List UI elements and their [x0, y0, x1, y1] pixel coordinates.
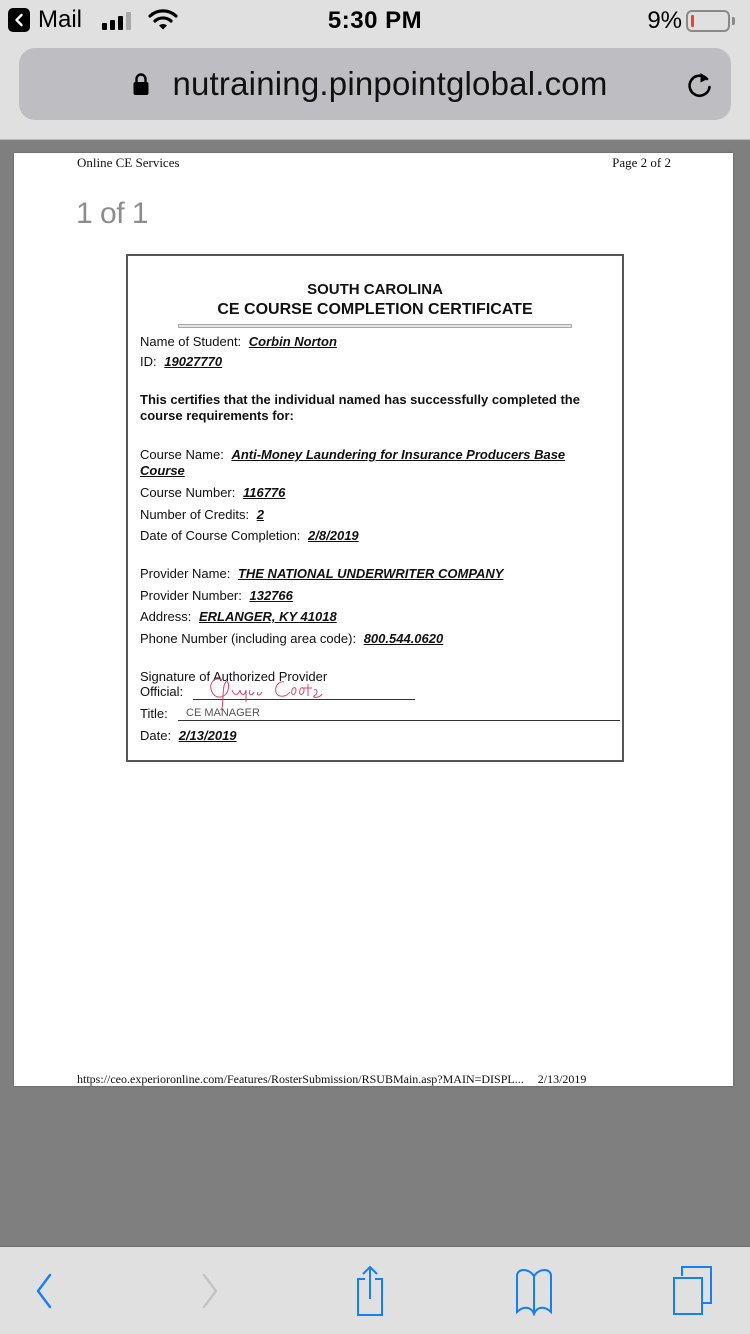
provider-number-row: Provider Number: 132766 [140, 588, 293, 604]
browser-toolbar [0, 1246, 750, 1334]
course-name-label: Course Name: [140, 447, 224, 462]
certification-statement: This certifies that the individual named… [140, 392, 620, 424]
tabs-button[interactable] [660, 1247, 726, 1334]
bookmarks-button[interactable] [502, 1247, 566, 1334]
signature-image [204, 670, 334, 710]
completion-date-row: Date of Course Completion: 2/8/2019 [140, 528, 359, 544]
address-row: Address: ERLANGER, KY 41018 [140, 609, 337, 625]
share-icon [355, 1263, 385, 1319]
pdf-page: Online CE Services Page 2 of 2 1 of 1 SO… [14, 153, 733, 1086]
credits-label: Number of Credits: [140, 507, 249, 522]
url-text: nutraining.pinpointglobal.com [172, 65, 607, 103]
provider-name-row: Provider Name: THE NATIONAL UNDERWRITER … [140, 566, 503, 582]
course-name-row: Course Name: Anti-Money Laundering for I… [140, 447, 610, 479]
footer-url: https://ceo.experioronline.com/Features/… [77, 1072, 524, 1086]
student-name-label: Name of Student: [140, 334, 241, 349]
date-row: Date: 2/13/2019 [140, 728, 237, 744]
phone-row: Phone Number (including area code): 800.… [140, 631, 443, 647]
page-indicator: 1 of 1 [76, 197, 148, 231]
battery-level [691, 15, 694, 27]
date-label: Date: [140, 728, 171, 743]
reload-icon[interactable] [685, 70, 715, 100]
chevron-right-icon [200, 1271, 220, 1311]
credits: 2 [257, 507, 264, 522]
provider-name: THE NATIONAL UNDERWRITER COMPANY [238, 566, 504, 581]
back-button[interactable] [14, 1247, 74, 1334]
student-id-label: ID: [140, 354, 157, 369]
title-label: Title: [140, 706, 168, 722]
title-line [178, 720, 620, 721]
student-name: Corbin Norton [249, 334, 337, 349]
provider-number: 132766 [250, 588, 293, 603]
browser-top-chrome: Mail 5:30 PM 9% nutraining.pinpointgloba… [0, 0, 750, 140]
phone-label: Phone Number (including area code): [140, 631, 356, 646]
course-number-label: Course Number: [140, 485, 235, 500]
completion-certificate: SOUTH CAROLINA CE COURSE COMPLETION CERT… [126, 254, 624, 762]
title-value: CE MANAGER [186, 707, 260, 719]
chevron-left-icon [34, 1271, 54, 1311]
address-bar[interactable]: nutraining.pinpointglobal.com [19, 48, 731, 120]
footer-date: 2/13/2019 [538, 1072, 587, 1086]
student-id: 19027770 [164, 354, 222, 369]
tabs-icon [673, 1265, 713, 1317]
status-bar: Mail 5:30 PM 9% [0, 0, 750, 42]
title-divider [178, 324, 572, 328]
completion-date: 2/8/2019 [308, 528, 359, 543]
forward-button[interactable] [180, 1247, 240, 1334]
certificate-state: SOUTH CAROLINA [128, 280, 622, 300]
address-label: Address: [140, 609, 191, 624]
battery-percent: 9% [647, 7, 682, 35]
phone: 800.544.0620 [364, 631, 444, 646]
address: ERLANGER, KY 41018 [199, 609, 337, 624]
lock-icon [132, 72, 150, 96]
course-number-row: Course Number: 116776 [140, 485, 285, 501]
book-icon [515, 1266, 553, 1316]
pdf-header-right: Page 2 of 2 [612, 155, 671, 171]
completion-date-label: Date of Course Completion: [140, 528, 300, 543]
provider-number-label: Provider Number: [140, 588, 242, 603]
signature-label-line2: Official: [140, 684, 183, 700]
date: 2/13/2019 [179, 728, 237, 743]
battery-cap [732, 17, 735, 25]
certificate-title: CE COURSE COMPLETION CERTIFICATE [128, 300, 622, 320]
student-id-row: ID: 19027770 [140, 354, 222, 370]
pdf-footer: https://ceo.experioronline.com/Features/… [77, 1072, 586, 1087]
provider-name-label: Provider Name: [140, 566, 230, 581]
credits-row: Number of Credits: 2 [140, 507, 264, 523]
battery-icon [686, 10, 730, 32]
pdf-header-left: Online CE Services [77, 155, 180, 171]
course-number: 116776 [243, 485, 285, 500]
student-name-row: Name of Student: Corbin Norton [140, 334, 337, 350]
share-button[interactable] [340, 1247, 400, 1334]
clock: 5:30 PM [0, 7, 750, 35]
